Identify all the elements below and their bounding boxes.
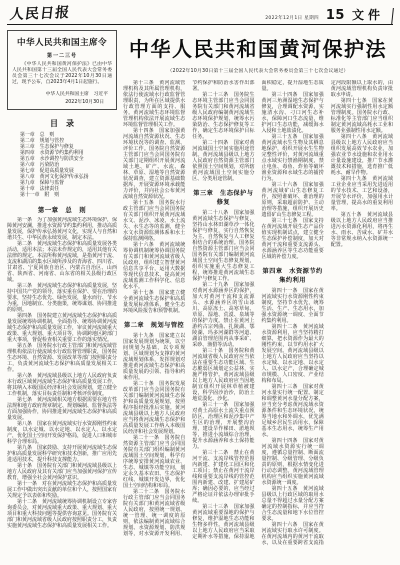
law-paragraph: 第一条 为了加强黄河流域生态环境保护，保障黄河安澜，推进水资源节约集约利用，推动… — [7, 217, 117, 241]
page-corner-mark — [391, 8, 394, 25]
law-paragraph: 第二十八条 国家加强黄河流域生态保护与修复，坚持山水林田湖草沙一体化保护与修复，… — [192, 210, 254, 282]
law-paragraph: 第八条 国家在黄河流域实行水资源刚性约束制度，以水定城、以水定地、以水定人、以水… — [7, 421, 117, 445]
law-paragraph: 第二十九条 国家加强对黄河水源涵养区的保护，加大对黄河干流和支流源头、水源涵养区… — [192, 282, 254, 348]
law-paragraph: 第二十一条 国务院自然资源主管部门应当会同国务院有关部门组织编制黄河流域国土空间… — [123, 435, 185, 489]
law-body-columns: 第十三条 黄河流域管理机构及其所属管理机构，依法行使流域水行政监督管理职责，为所… — [123, 80, 393, 548]
toc-item: 第十一章 附 则 — [20, 192, 117, 198]
toc-list: 第一章 总 则第二章 规划与管控第三章 生态保护与修复第四章 水资源节约集约利用… — [7, 132, 117, 198]
law-paragraph: 第十条 国务院有关部门和黄河流域县级以上地方人民政府及其有关部门应当加强黄河保护… — [7, 463, 117, 481]
law-paragraph: 第四十九条 黄河流域工业企业应当采用先进适用的节水技术、工艺和设备，开展节水评价… — [331, 176, 393, 212]
law-paragraph: 第三条 黄河流域生态保护和高质量发展，坚持中国共产党的领导，落实重在保护、要在治… — [7, 283, 117, 313]
law-paragraph: 第七条 黄河流域相关地方根据需要在地方性法规和地方政府规章制定、规划编制、监督执… — [7, 397, 117, 421]
chapter-1-body: 第一条 为了加强黄河流域生态环境保护，保障黄河安澜，推进水资源节约集约利用，推动… — [7, 217, 117, 559]
chapter-heading: 第四章 水资源节约集约利用 — [262, 266, 324, 284]
law-paragraph: 第十二条 黄河流域统筹协调机制设立专家咨询委员会，对黄河流域重大政策、重大规划、… — [7, 499, 117, 529]
law-paragraph: 第四十五条 黄河流域县级以上行政区域的取用水总量不得超过水量分配方案确定的控制指… — [262, 486, 324, 522]
order-sign-date: 2022年10月30日 — [12, 98, 112, 105]
law-paragraph: 第三十四条 国家加强黄河三角洲湿地生态保护与修复，合理调配水资源，实施清水沟、刁… — [262, 92, 324, 134]
law-paragraph: 第四十一条 国家在黄河流域实行水资源刚性约束制度，坚持节水优先，统筹生活、生产、… — [262, 288, 324, 324]
issue-date: 2022年12月1日 星期四 — [265, 15, 319, 21]
masthead: 人民日报 2022年12月1日 星期四 15 文件 — [7, 0, 393, 25]
left-column: 中华人民共和国主席令 第一二三号 《中华人民共和国黄河保护法》已由中华人民共和国… — [7, 30, 117, 559]
page-number: 15 — [326, 8, 345, 23]
law-adoption-note: （2022年10月30日第十三届全国人民代表大会常务委员会第三十七次会议通过） — [123, 67, 393, 74]
chapter-1-heading: 第一章 总 则 — [7, 205, 117, 214]
order-number: 第一二三号 — [12, 52, 112, 59]
order-body: 《中华人民共和国黄河保护法》已由中华人民共和国第十三届全国人民代表大会常务委员会… — [12, 62, 112, 86]
chapter-heading: 第二章 规划与管控 — [123, 320, 185, 329]
law-paragraph: 第四十三条 国家对黄河水量实行统一配置。制定和调整黄河水量分配方案，应当充分考虑… — [262, 384, 324, 438]
order-title: 中华人民共和国主席令 — [12, 36, 112, 48]
law-paragraph: 第十七条 国家建立健全黄河流域生态保护和高质量发展标准体系，健全生态环境风险报告… — [123, 290, 185, 314]
chapter-heading: 第三章 生态保护与修复 — [192, 188, 254, 206]
law-paragraph: 第三十条 国务院和黄河流域省级人民政府应当依法在重要生态功能区域、生态脆弱区域划… — [192, 348, 254, 402]
presidential-order-box: 中华人民共和国主席令 第一二三号 《中华人民共和国黄河保护法》已由中华人民共和国… — [7, 30, 117, 110]
paper-name-logo: 人民日报 — [9, 6, 71, 23]
law-main-region: 中华人民共和国黄河保护法 （2022年10月30日第十三届全国人民代表大会常务委… — [123, 30, 393, 559]
law-paragraph: 第三十七条 国家支持在黄河流域开展生态产品价值实现机制试点，建立健全生态保护补偿… — [262, 218, 324, 260]
law-paragraph: 第三十二条 禁止在黄河干流、支流岸线管控范围内新建、扩建化工园区和化工项目；禁止… — [192, 450, 254, 504]
toc-title: 目 录 — [7, 118, 117, 129]
law-paragraph: 第五十条 黄河流域县级以上地方人民政府应当推进污水资源化利用，将再生水、雨水、苦… — [331, 212, 393, 248]
law-paragraph: 第十一条 对在黄河流域生态保护和高质量发展工作中做出突出贡献的单位和个人，按照国… — [7, 481, 117, 499]
law-paragraph: 第三十一条 国家加强对黄土高原水土流失重点预防区、治理区和泥沙集中产生区的治理，… — [192, 402, 254, 450]
law-paragraph: 第十五条 国务院水行政主管部门应当会同国务院有关部门组织开展黄河流域水文、泥沙、… — [123, 200, 185, 242]
law-paragraph: 第三十六条 国家加强黄河流域矿山生态修复工作，按照谁破坏、谁治理的原则，采取超前… — [262, 182, 324, 218]
law-paragraph: 第二十条 国务院发展改革部门应当会同国务院有关部门编制黄河流域生态保护和高质量发… — [123, 381, 185, 435]
law-paragraph: 第六条 黄河流域县级以上地方人民政府负责本行政区域黄河流域生态保护和高质量发展工… — [7, 373, 117, 397]
law-paragraph: 第十四条 国家加强黄河流域自然资源状况、生态环境状况等的调查、监测、评价工作。国… — [123, 128, 185, 200]
law-paragraph: 第十三条 黄河流域管理机构及其所属管理机构，依法行使流域水行政监督管理职责，为所… — [123, 80, 185, 128]
law-title: 中华人民共和国黄河保护法 — [123, 33, 393, 62]
law-paragraph: 第四十八条 黄河流域县级以上地方人民政府应当组织发展高效节水农业，加强农业节水设… — [331, 134, 393, 176]
law-paragraph: 第九条 国家鼓励、支持开展黄河流域生态保护和高质量发展科学研究和技术创新，推广应… — [7, 445, 117, 463]
law-paragraph: 第十六条 黄河流域统筹协调机制统筹协调国务院有关部门和黄河流域省级人民政府，组织… — [123, 242, 185, 290]
masthead-right: 2022年12月1日 星期四 15 文件 — [265, 6, 390, 23]
page-content: 中华人民共和国主席令 第一二三号 《中华人民共和国黄河保护法》已由中华人民共和国… — [7, 25, 393, 559]
law-paragraph: 第四条 国务院建立黄河流域生态保护和高质量发展统筹协调机制，全面指导、统筹协调黄… — [7, 313, 117, 343]
section-label: 文件 — [352, 6, 384, 23]
law-paragraph: 第二十三条 国务院生态环境主管部门应当会同国务院有关部门和黄河流域省级人民政府编… — [192, 92, 254, 140]
law-paragraph: 第三十五条 国家加强黄河流域水生生物及其栖息地保护，组织开展水生生物完整性评价，… — [262, 134, 324, 182]
law-paragraph: 第四十七条 国家在黄河流域实行强制性用水定额管理制度。国务院水行政、标准化等主管… — [331, 98, 393, 134]
law-paragraph: 第四十四条 国家对黄河流域水资源实行统一调度，遵循总量控制、断面流量控制、分级管… — [262, 438, 324, 486]
order-signer: 中华人民共和国主席 习近平 — [12, 90, 112, 97]
law-paragraph: 第二十四条 国家对黄河流域国土空间实施用途管制。黄河流域县级以上地方人民政府自然… — [192, 140, 254, 182]
law-paragraph: 第四十二条 黄河流域水资源利用，应当坚持精打细算，把水资源作为最大的刚性约束，以… — [262, 324, 324, 384]
law-paragraph: 第十九条 国家建立以国家发展规划为统领，以空间规划为基础，以专项规划、区域规划为… — [123, 333, 185, 381]
law-paragraph: 第二条 黄河流域生态保护和高质量发展各类活动，适用本法；本法未作规定的，适用其他… — [7, 241, 117, 283]
law-paragraph: 第五条 国务院水行政主管部门和黄河流域管理机构依法行使流域水行政监督管理职责，国… — [7, 343, 117, 373]
newspaper-page: 人民日报 2022年12月1日 星期四 15 文件 中华人民共和国主席令 第一二… — [0, 0, 400, 565]
